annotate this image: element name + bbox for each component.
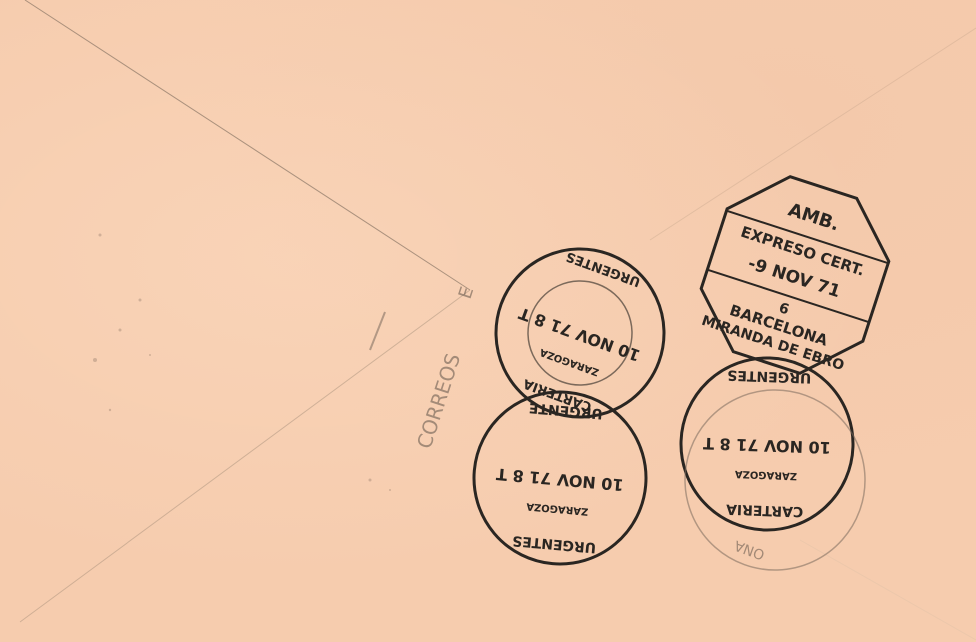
faint-correos-mark: CORREOS E xyxy=(370,284,478,451)
svg-text:URGENTES: URGENTES xyxy=(564,248,643,289)
svg-text:ZARAGOZA: ZARAGOZA xyxy=(734,468,797,481)
svg-text:URGENTES: URGENTES xyxy=(512,532,597,555)
smudges xyxy=(93,234,391,492)
postmark-circle-right: CARTERIA ZARAGOZA 10 NOV 71 8 T URGENTES xyxy=(678,355,856,533)
svg-text:CARTERIA: CARTERIA xyxy=(726,501,804,520)
svg-text:AMB.: AMB. xyxy=(786,199,842,235)
svg-text:10 NOV 71 8 T: 10 NOV 71 8 T xyxy=(516,304,643,366)
svg-text:CORREOS: CORREOS xyxy=(412,350,465,451)
postmark-circle-lower: URGENTES ZARAGOZA 10 NOV 71 8 T URGENTE xyxy=(467,385,653,571)
svg-text:10 NOV 71 8 T: 10 NOV 71 8 T xyxy=(495,464,624,494)
svg-text:ZARAGOZA: ZARAGOZA xyxy=(538,346,600,378)
svg-text:ZARAGOZA: ZARAGOZA xyxy=(526,500,589,516)
envelope-svg: CORREOS E AMB. EXPRESO CERT. -9 NOV 71 6… xyxy=(0,0,976,642)
svg-text:URGENTES: URGENTES xyxy=(727,367,812,386)
envelope-back: CORREOS E AMB. EXPRESO CERT. -9 NOV 71 6… xyxy=(0,0,976,642)
svg-text:ONA: ONA xyxy=(732,537,767,563)
svg-text:10 NOV 71 8 T: 10 NOV 71 8 T xyxy=(703,434,831,457)
